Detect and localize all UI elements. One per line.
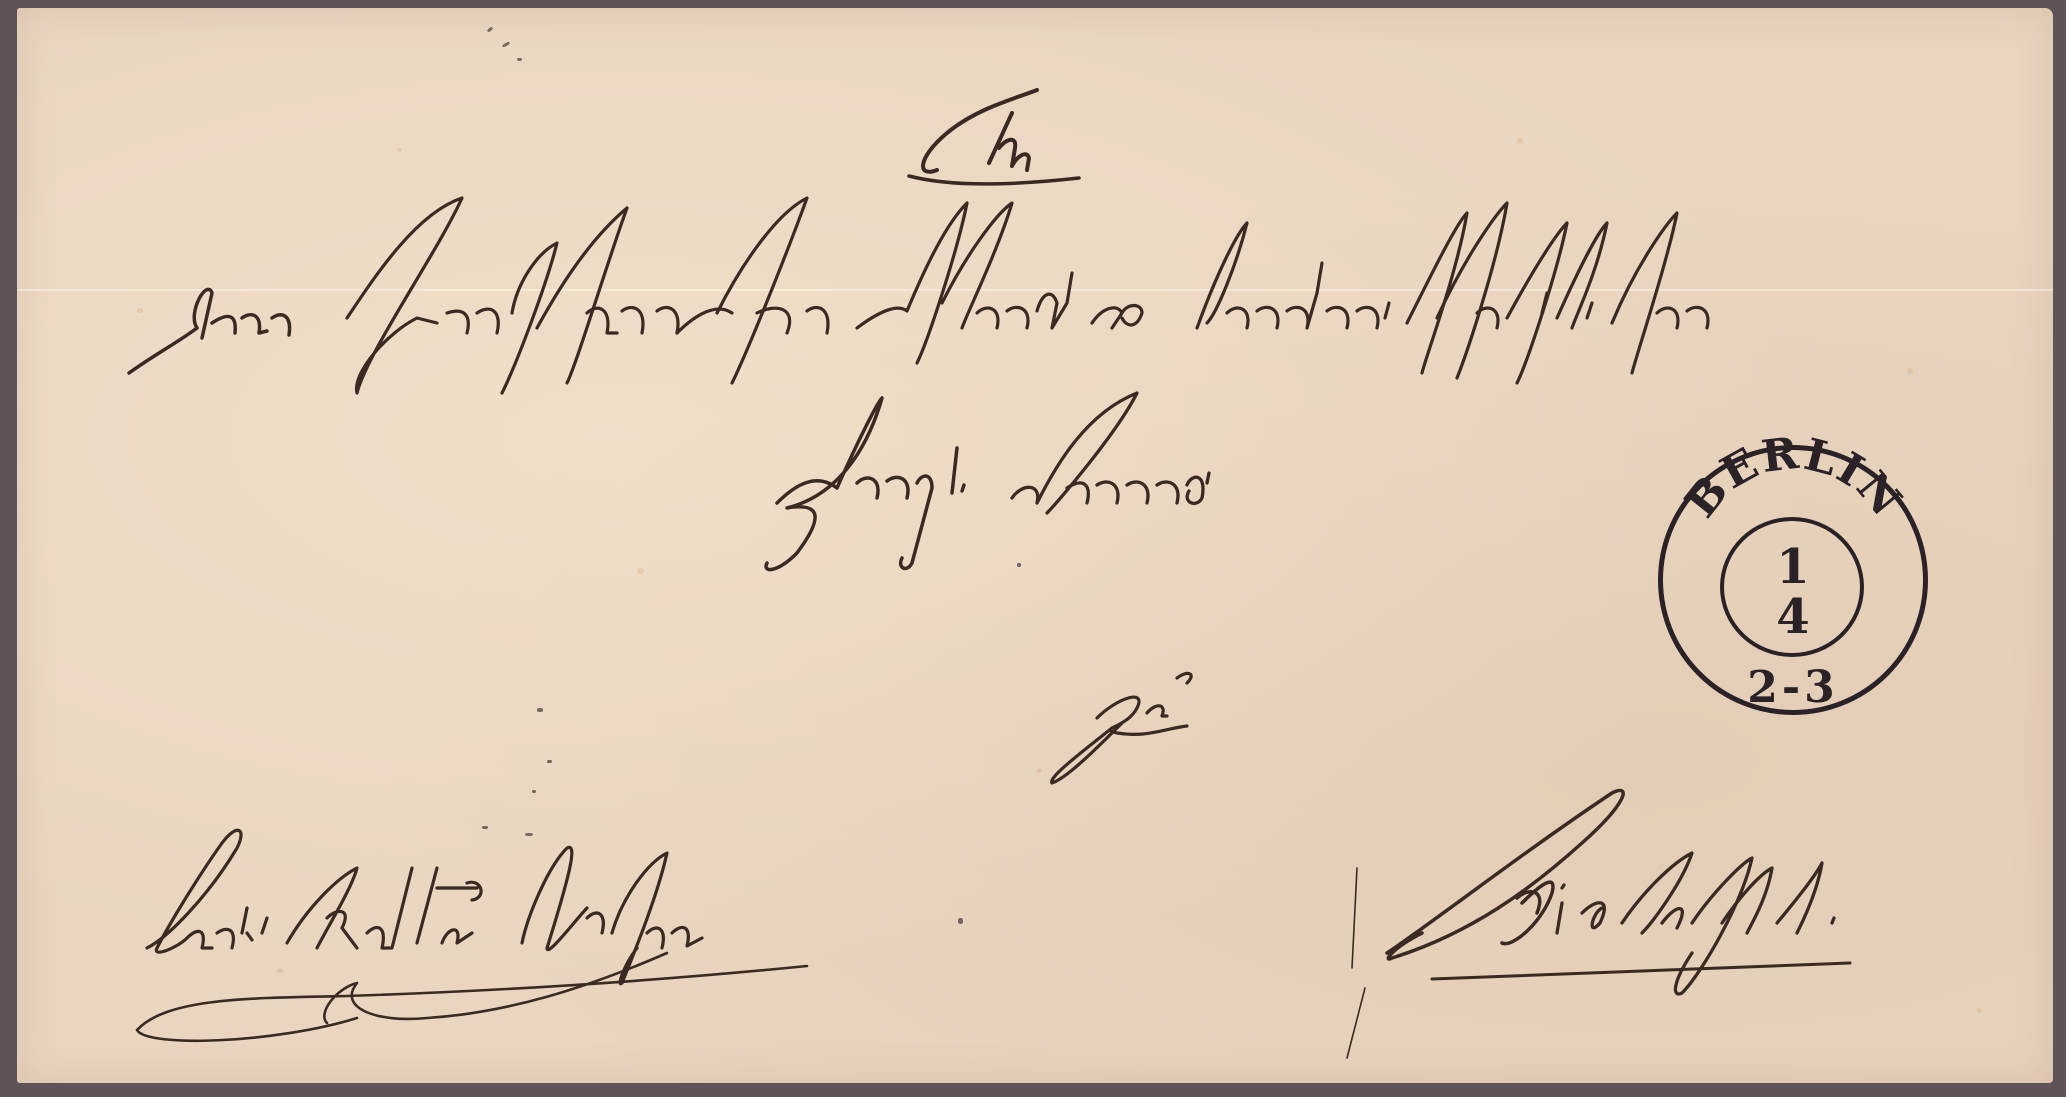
postmark-month: 4: [1658, 593, 1928, 641]
salutation-script: [887, 78, 1087, 188]
address-line1-script: [117, 193, 1837, 403]
postmark-time: 2-3: [1658, 662, 1928, 713]
pencil-mark: [1337, 858, 1377, 1058]
preposition-script: [1027, 648, 1227, 798]
address-line2-script: [737, 373, 1337, 583]
endorsement-script: [127, 808, 947, 1048]
postmark-city: BERLIN: [1675, 428, 1912, 528]
envelope-cover: An Den verehrlichen Vorstand des landwir…: [17, 8, 2053, 1083]
berlin-postmark: BERLIN 1 4 2-3: [1658, 445, 1928, 715]
svg-text:BERLIN: BERLIN: [1675, 428, 1912, 528]
postmark-day: 1: [1658, 543, 1928, 591]
destination-script: [1372, 773, 1872, 1013]
